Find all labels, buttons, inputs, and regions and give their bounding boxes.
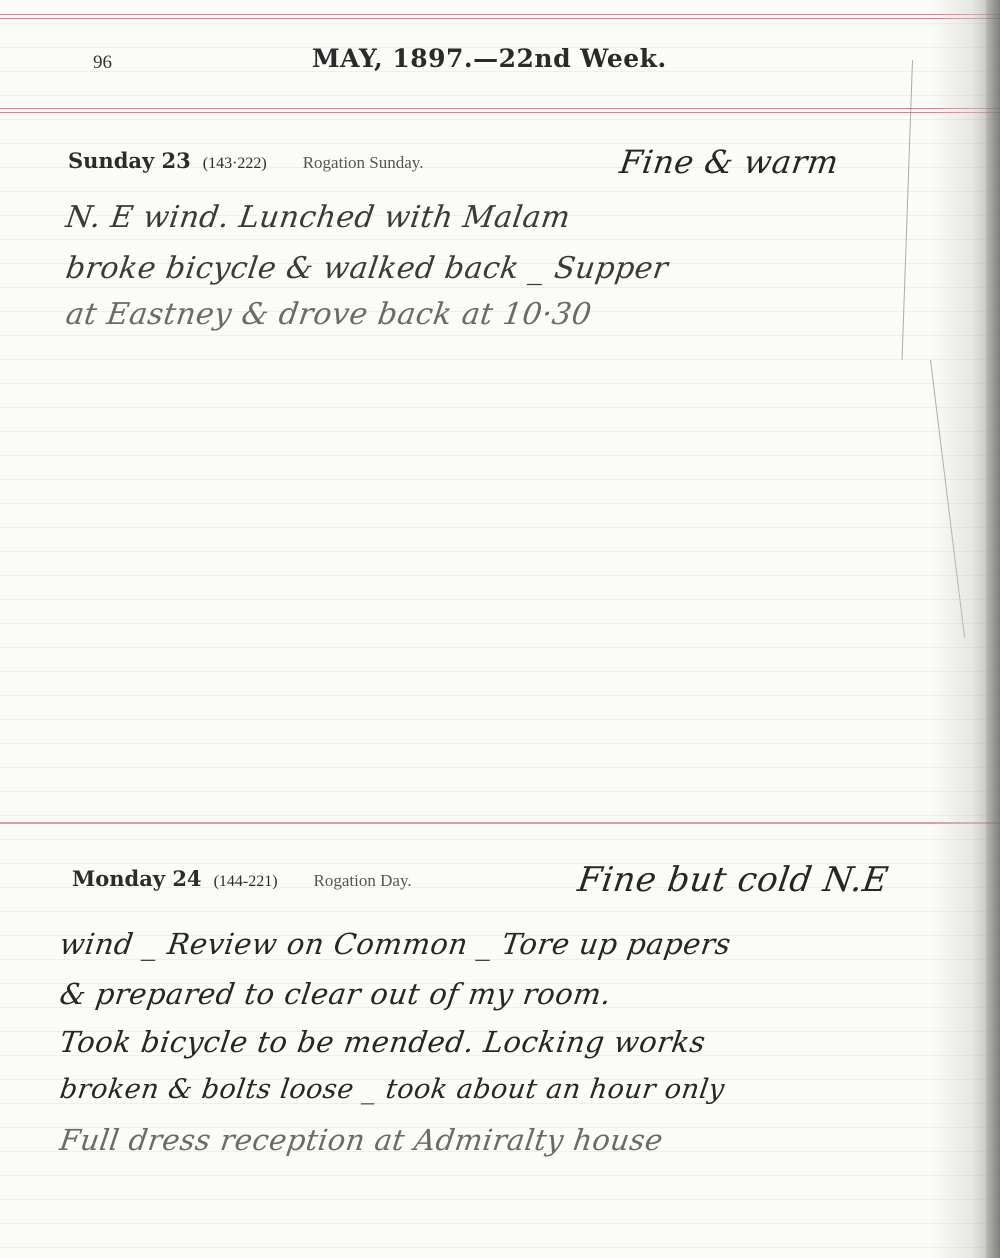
handwriting-line: broke bicycle & walked back _ Supper — [63, 247, 671, 291]
day-name: Monday 24 — [72, 866, 202, 891]
page-crease — [930, 360, 965, 638]
day-name: Sunday 23 — [68, 148, 191, 173]
handwriting-line: wind _ Review on Common _ Tore up papers — [57, 922, 734, 966]
handwriting-line: Full dress reception at Admiralty house — [57, 1118, 666, 1162]
handwriting-line: Took bicycle to be mended. Locking works — [57, 1020, 709, 1064]
page-crease — [902, 60, 913, 360]
day-numbers: (144-221) — [214, 873, 278, 891]
diary-page: 96 MAY, 1897.—22nd Week. Sunday 23 (143·… — [0, 0, 1000, 1258]
day-note: Rogation Sunday. — [303, 153, 424, 173]
day-numbers: (143·222) — [203, 155, 267, 173]
header-top-rule — [0, 14, 1000, 19]
entry-heading-sunday: Sunday 23 (143·222) Rogation Sunday. — [68, 148, 423, 173]
entry-divider-rule — [0, 822, 1000, 824]
header-bottom-rule — [0, 108, 1000, 113]
handwriting-line: N. E wind. Lunched with Malam — [63, 196, 573, 240]
entry-heading-monday: Monday 24 (144-221) Rogation Day. — [72, 866, 412, 891]
page-title: MAY, 1897.—22nd Week. — [312, 44, 667, 73]
handwriting-line: Fine & warm — [617, 140, 842, 184]
page-number: 96 — [93, 52, 112, 74]
handwriting-line: & prepared to clear out of my room. — [57, 972, 614, 1016]
handwriting-line: Fine but cold N.E — [575, 858, 891, 902]
handwriting-line: broken & bolts loose _ took about an hou… — [57, 1068, 728, 1112]
handwriting-line: at Eastney & drove back at 10·30 — [63, 293, 595, 337]
day-note: Rogation Day. — [314, 871, 412, 891]
page-edge — [986, 0, 1000, 1258]
